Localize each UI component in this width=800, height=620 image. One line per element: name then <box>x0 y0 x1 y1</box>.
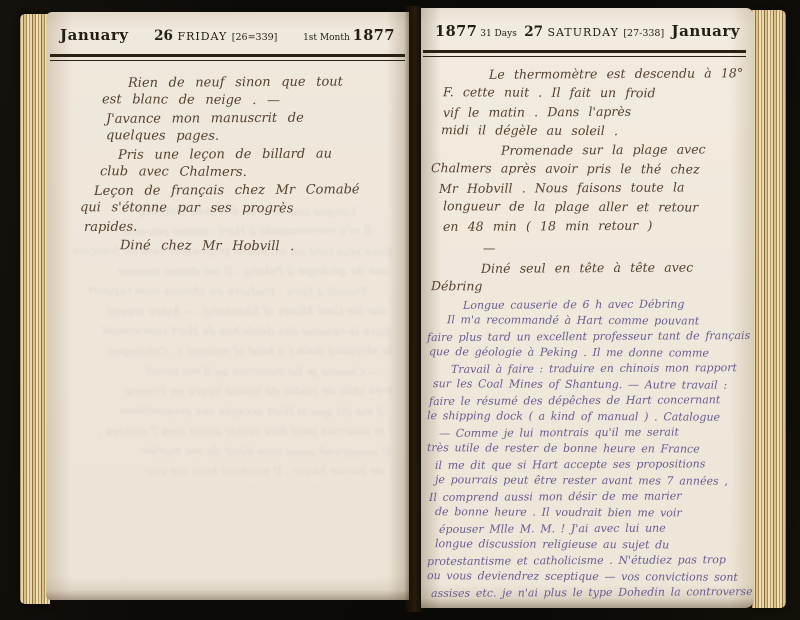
handwritten-line: Il m'a recommandé à Hart comme pouvant <box>447 312 753 330</box>
book-page-edges-right <box>752 10 786 608</box>
handwritten-line: faire le résumé des dépêches de Hart con… <box>52 320 390 342</box>
handwritten-line: quelques pages. <box>106 127 406 147</box>
handwritten-line: que de géologie à Peking . Il me donne c… <box>429 344 753 362</box>
handwritten-line: Pris une leçon de billard au <box>118 145 406 165</box>
right-header-month: January <box>672 22 740 40</box>
diary-scan: January 26 FRIDAY [26=339] 1st Month 187… <box>0 0 800 620</box>
right-header-day-name: SATURDAY <box>547 26 618 39</box>
right-header-rule <box>423 50 746 57</box>
handwritten-line: Leçon de français chez Mr Comabé <box>94 181 406 201</box>
handwritten-line: longueur de la plage aller et retour <box>443 196 753 217</box>
handwritten-line: Rien de neuf sinon que tout <box>128 73 406 93</box>
handwritten-line: Il comprend aussi mon désir de me marier <box>52 440 390 462</box>
left-header-day-name: FRIDAY <box>177 30 227 43</box>
handwritten-line: épouser Mlle M. M. ! J'ai avec lui une <box>439 520 753 538</box>
handwritten-line: — Comme je lui montrais qu'il me serait <box>52 360 380 382</box>
handwritten-line: Diné seul en tête à tête avec <box>481 257 753 278</box>
handwritten-line: J'avance mon manuscrit de <box>106 109 406 129</box>
handwritten-line: club avec Chalmers. <box>100 163 406 183</box>
handwritten-line: — <box>483 238 753 258</box>
left-page-handwriting: Rien de neuf sinon que toutest blanc de … <box>76 74 406 256</box>
handwritten-line: en 48 min ( 18 min retour ) <box>443 215 753 236</box>
right-header-day: 27 SATURDAY [27-338] <box>524 24 664 40</box>
handwritten-line: faire plus tard un excellent professeur … <box>427 328 753 346</box>
handwritten-line: de bonne heure . Il voudrait bien me voi… <box>52 460 384 482</box>
handwritten-line: très utile de rester de bonne heure en F… <box>52 380 392 402</box>
handwritten-line: Mr Hobvill . Nous faisons toute la <box>439 177 753 198</box>
handwritten-line: Travail à faire : traduire en chinois mo… <box>52 280 368 302</box>
left-header-day-index: [26=339] <box>232 32 278 43</box>
handwritten-line: longue discussion religieuse au sujet du <box>435 536 753 554</box>
right-header-day-number: 27 <box>524 24 543 40</box>
handwritten-line: ou vous deviendrez sceptique — vos convi… <box>427 568 753 586</box>
handwritten-line: épouser Mlle M. M. ! J'ai avec lui une <box>52 480 380 488</box>
handwritten-line: il me dit que si Hart accepte ses propos… <box>52 400 384 422</box>
handwritten-line: je pourrais peut être rester avant mes 7… <box>52 420 384 442</box>
handwritten-line: protestantisme et catholicisme . N'étudi… <box>427 552 753 570</box>
handwritten-line: Le thermomètre est descendu à 18° <box>489 63 753 84</box>
handwritten-line: qui s'étonne par ses progrès <box>80 199 406 219</box>
handwritten-line: sur les Coal Mines of Shantung. — Autre … <box>52 300 386 322</box>
handwritten-line: je pourrais peut être rester avant mes 7… <box>435 472 753 490</box>
handwritten-line: F. cette nuit . Il fait un froid <box>443 82 753 103</box>
right-page: 1877 31 Days 27 SATURDAY [27-338] Januar… <box>421 8 754 608</box>
handwritten-line: que de géologie à Peking . Il me donne c… <box>52 260 390 282</box>
right-header-day-index: [27-338] <box>623 28 664 39</box>
left-header-month: January <box>60 26 128 44</box>
handwritten-line: Longue causerie de 6 h avec Débring <box>463 296 753 314</box>
right-page-header: 1877 31 Days 27 SATURDAY [27-338] Januar… <box>421 22 754 48</box>
left-page: January 26 FRIDAY [26=339] 1st Month 187… <box>46 12 409 600</box>
left-header-year-group: 1st Month 1877 <box>303 27 395 44</box>
handwritten-line: rapides. <box>84 217 406 237</box>
handwritten-line: sur les Coal Mines of Shantung. — Autre … <box>433 376 753 394</box>
handwritten-line: le shipping dock ( a kind of manual ) . … <box>52 340 392 362</box>
handwritten-line: Travail à faire : traduire en chinois mo… <box>451 360 753 378</box>
handwritten-line: il me dit que si Hart accepte ses propos… <box>435 456 753 474</box>
handwritten-line: assises etc. je n'ai plus le type Dohedi… <box>431 584 753 602</box>
handwritten-line: est blanc de neige . — <box>102 91 406 111</box>
handwritten-line: midi il dégèle au soleil . <box>441 120 753 141</box>
right-header-days-in-month: 31 Days <box>480 29 517 39</box>
left-header-month-ordinal: 1st Month <box>303 33 350 43</box>
handwritten-line: — Comme je lui montrais qu'il me serait <box>439 424 753 442</box>
left-header-rule <box>50 54 405 61</box>
handwritten-line: vif le matin . Dans l'après <box>443 101 753 122</box>
right-page-handwriting-purple: Longue causerie de 6 h avec DébringIl m'… <box>427 294 753 601</box>
handwritten-line: Chalmers après avoir pris le thé chez <box>431 158 753 179</box>
handwritten-line: Promenade sur la plage avec <box>501 139 753 160</box>
handwritten-line: Diné chez Mr Hobvill . <box>120 237 406 256</box>
left-header-day-number: 26 <box>154 28 173 44</box>
left-header-day: 26 FRIDAY [26=339] <box>154 28 277 44</box>
left-header-year: 1877 <box>353 27 395 44</box>
handwritten-line: le shipping dock ( a kind of manual ) . … <box>427 408 753 426</box>
right-header-year: 1877 <box>435 23 477 40</box>
handwritten-line: faire le résumé des dépêches de Hart con… <box>429 392 753 410</box>
handwritten-line: très utile de rester de bonne heure en F… <box>427 440 753 458</box>
right-page-handwriting-sepia: Le thermomètre est descendu à 18°F. cett… <box>431 64 753 296</box>
handwritten-line: Il comprend aussi mon désir de me marier <box>429 488 753 506</box>
handwritten-line: de bonne heure . Il voudrait bien me voi… <box>435 504 753 522</box>
right-header-year-group: 1877 31 Days <box>435 23 517 40</box>
left-page-header: January 26 FRIDAY [26=339] 1st Month 187… <box>46 26 409 52</box>
